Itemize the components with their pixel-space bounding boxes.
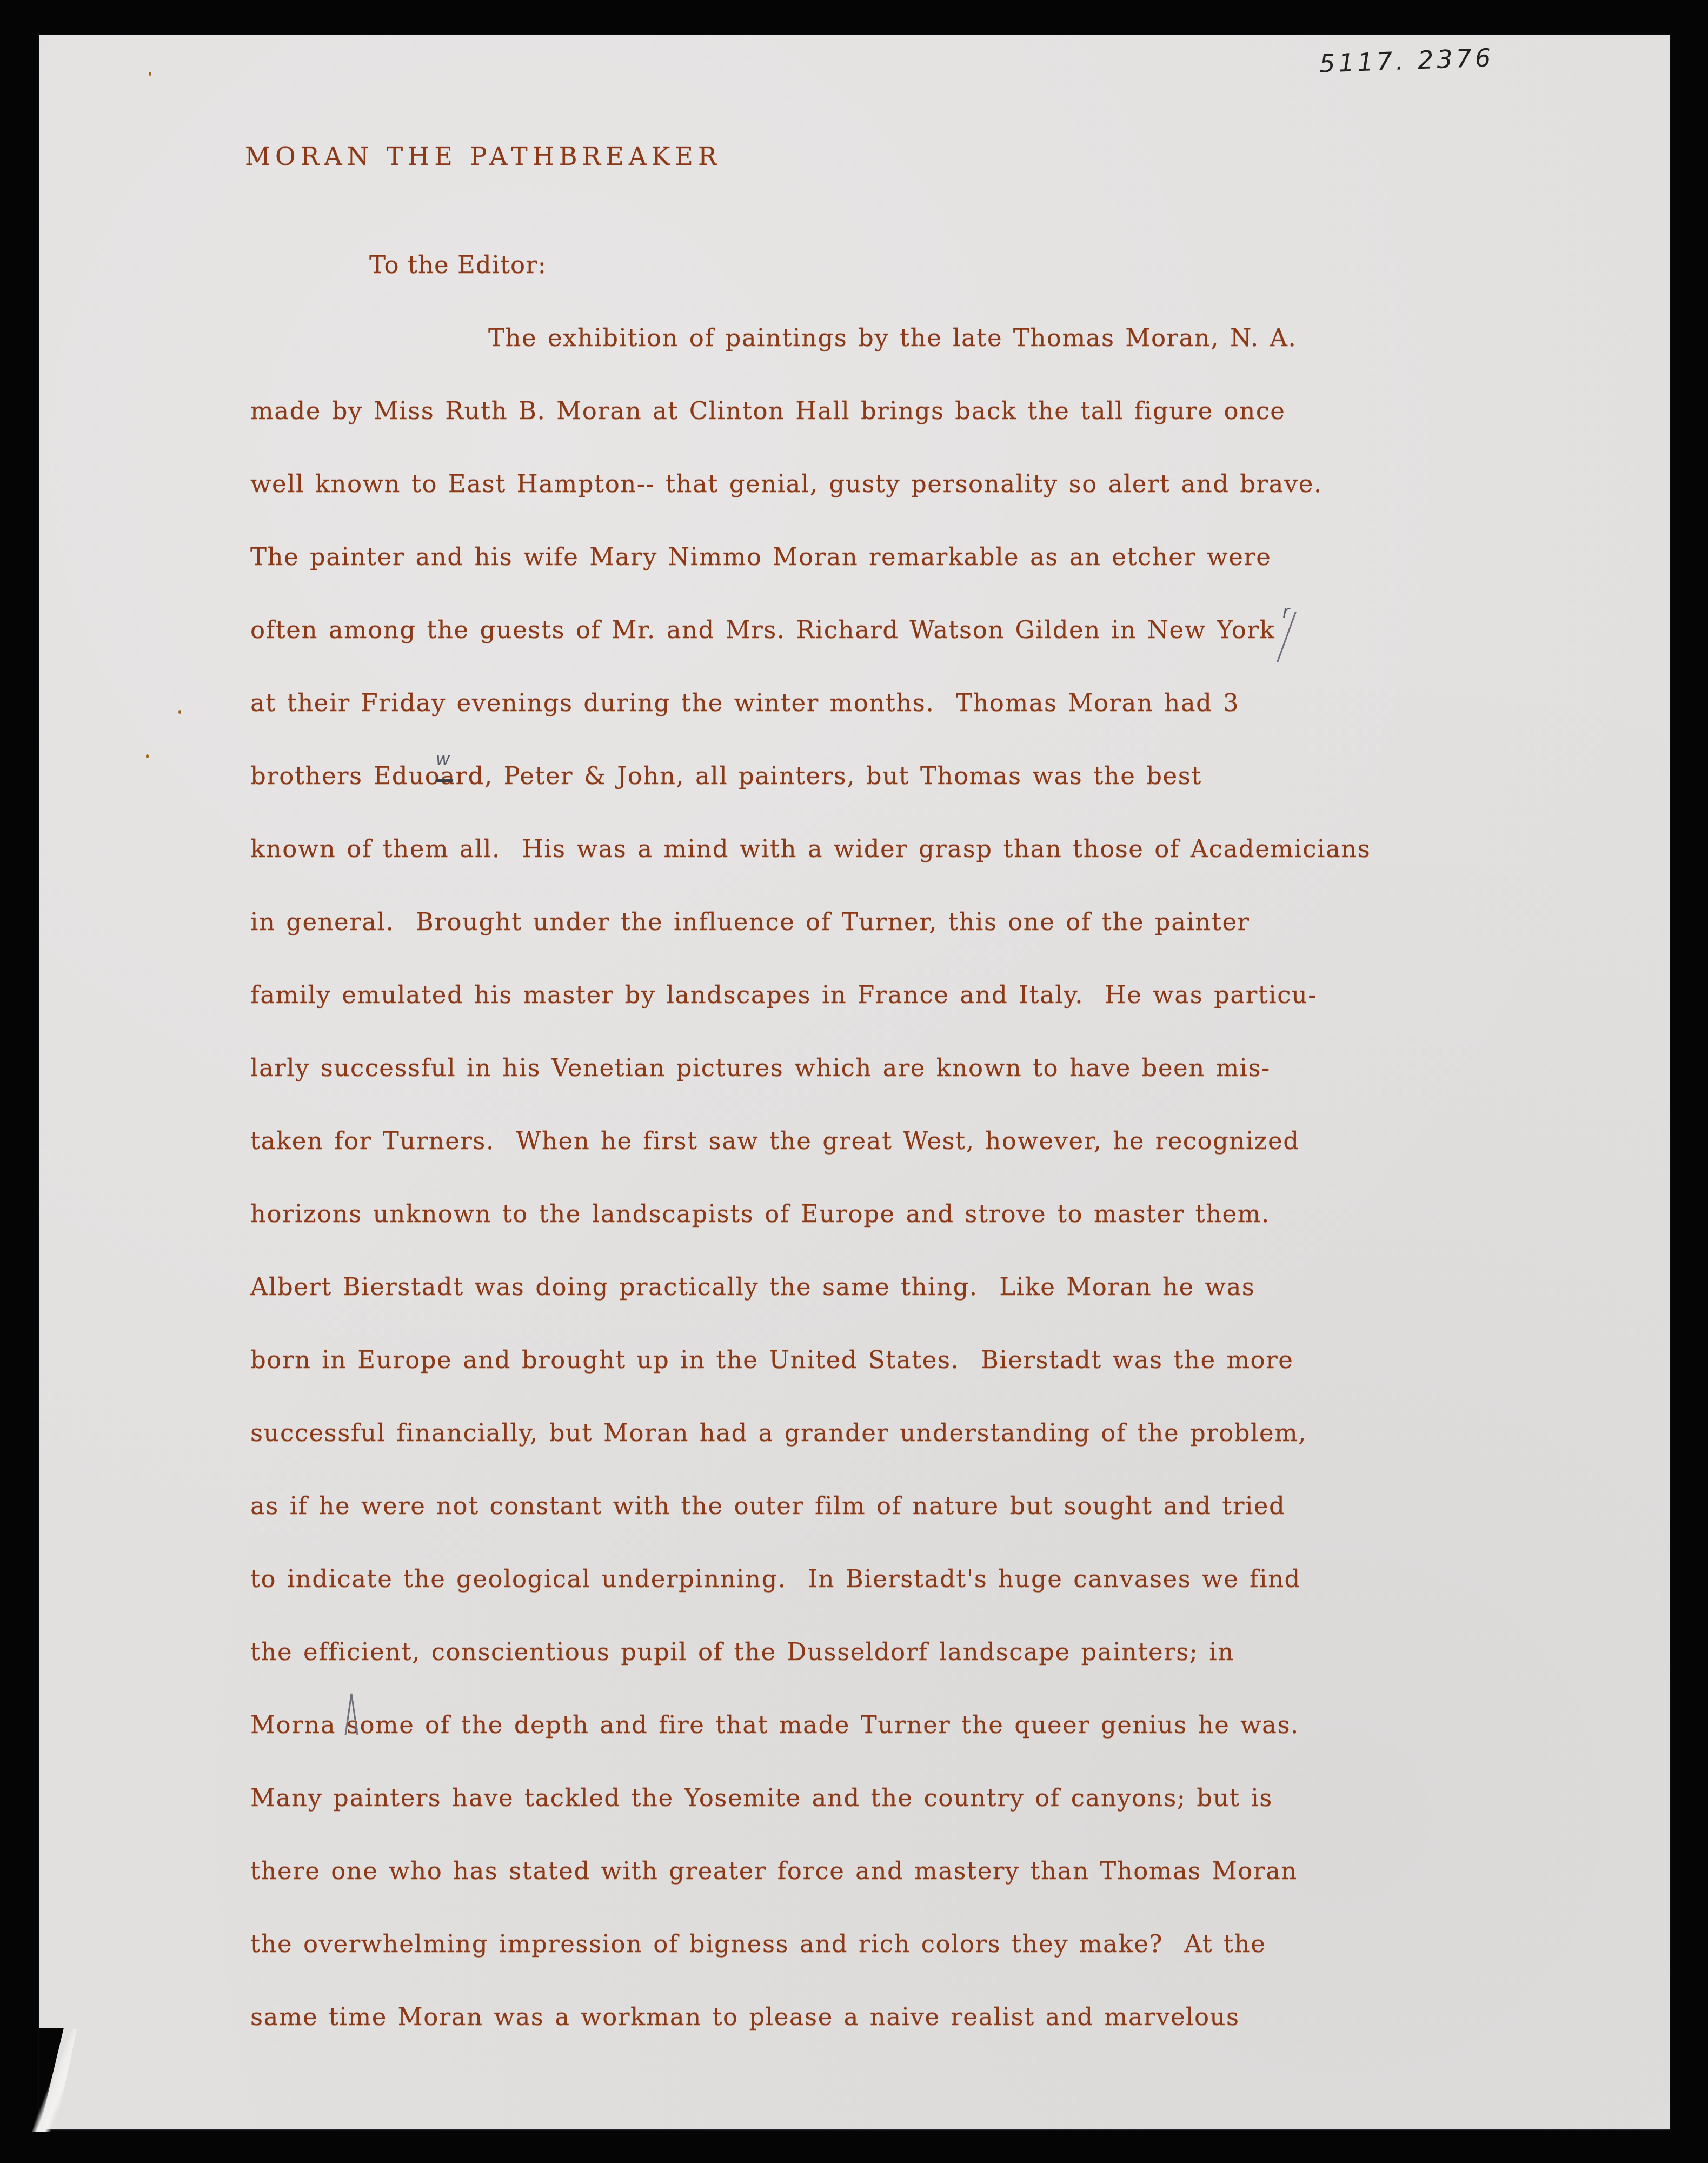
body-line: Many painters have tackled the Yosemite … (250, 1782, 1656, 1855)
body-line: family emulated his master by landscapes… (250, 979, 1656, 1052)
letter-body: The exhibition of paintings by the late … (250, 322, 1656, 2074)
body-line: Albert Bierstadt was doing practically t… (250, 1271, 1656, 1344)
catalog-number: 5117. 2376 (1319, 43, 1494, 78)
body-line: horizons unknown to the landscapists of … (250, 1198, 1656, 1271)
gilden-correction-annotation: r (1282, 601, 1290, 622)
body-line: at their Friday evenings during the wint… (250, 687, 1656, 760)
eduoard-correction-annotation: w (436, 749, 450, 769)
strike-mark (436, 779, 453, 782)
body-line: made by Miss Ruth B. Moran at Clinton Ha… (250, 395, 1656, 468)
body-line: larly successful in his Venetian picture… (250, 1052, 1656, 1125)
body-line: there one who has stated with greater fo… (250, 1855, 1656, 1928)
body-line: the overwhelming impression of bigness a… (250, 1928, 1656, 2001)
caret-icon (344, 1693, 360, 1736)
body-line: the efficient, conscientious pupil of th… (250, 1636, 1656, 1709)
paper-speck (149, 72, 151, 76)
body-line: as if he were not constant with the oute… (250, 1490, 1656, 1563)
body-line: successful financially, but Moran had a … (250, 1417, 1656, 1490)
body-line: in general. Brought under the influence … (250, 906, 1656, 979)
body-line: The painter and his wife Mary Nimmo Mora… (250, 541, 1656, 614)
body-line: often among the guests of Mr. and Mrs. R… (250, 614, 1656, 687)
caret-mark (346, 1693, 357, 1730)
body-line: well known to East Hampton-- that genial… (250, 468, 1656, 541)
body-line: The exhibition of paintings by the late … (250, 322, 1656, 395)
paper-speck (146, 754, 149, 758)
body-line: taken for Turners. When he first saw the… (250, 1125, 1656, 1198)
body-line: Morna some of the depth and fire that ma… (250, 1709, 1656, 1782)
page-title: MORAN THE PATHBREAKER (245, 142, 722, 171)
salutation: To the Editor: (369, 250, 547, 279)
paper-speck (178, 710, 181, 714)
body-line: known of them all. His was a mind with a… (250, 833, 1656, 906)
body-line: brothers Eduoard, Peter & John, all pain… (250, 760, 1656, 833)
body-line: born in Europe and brought up in the Uni… (250, 1344, 1656, 1417)
body-line: same time Moran was a workman to please … (250, 2001, 1656, 2074)
body-line: to indicate the geological underpinning.… (250, 1563, 1656, 1636)
